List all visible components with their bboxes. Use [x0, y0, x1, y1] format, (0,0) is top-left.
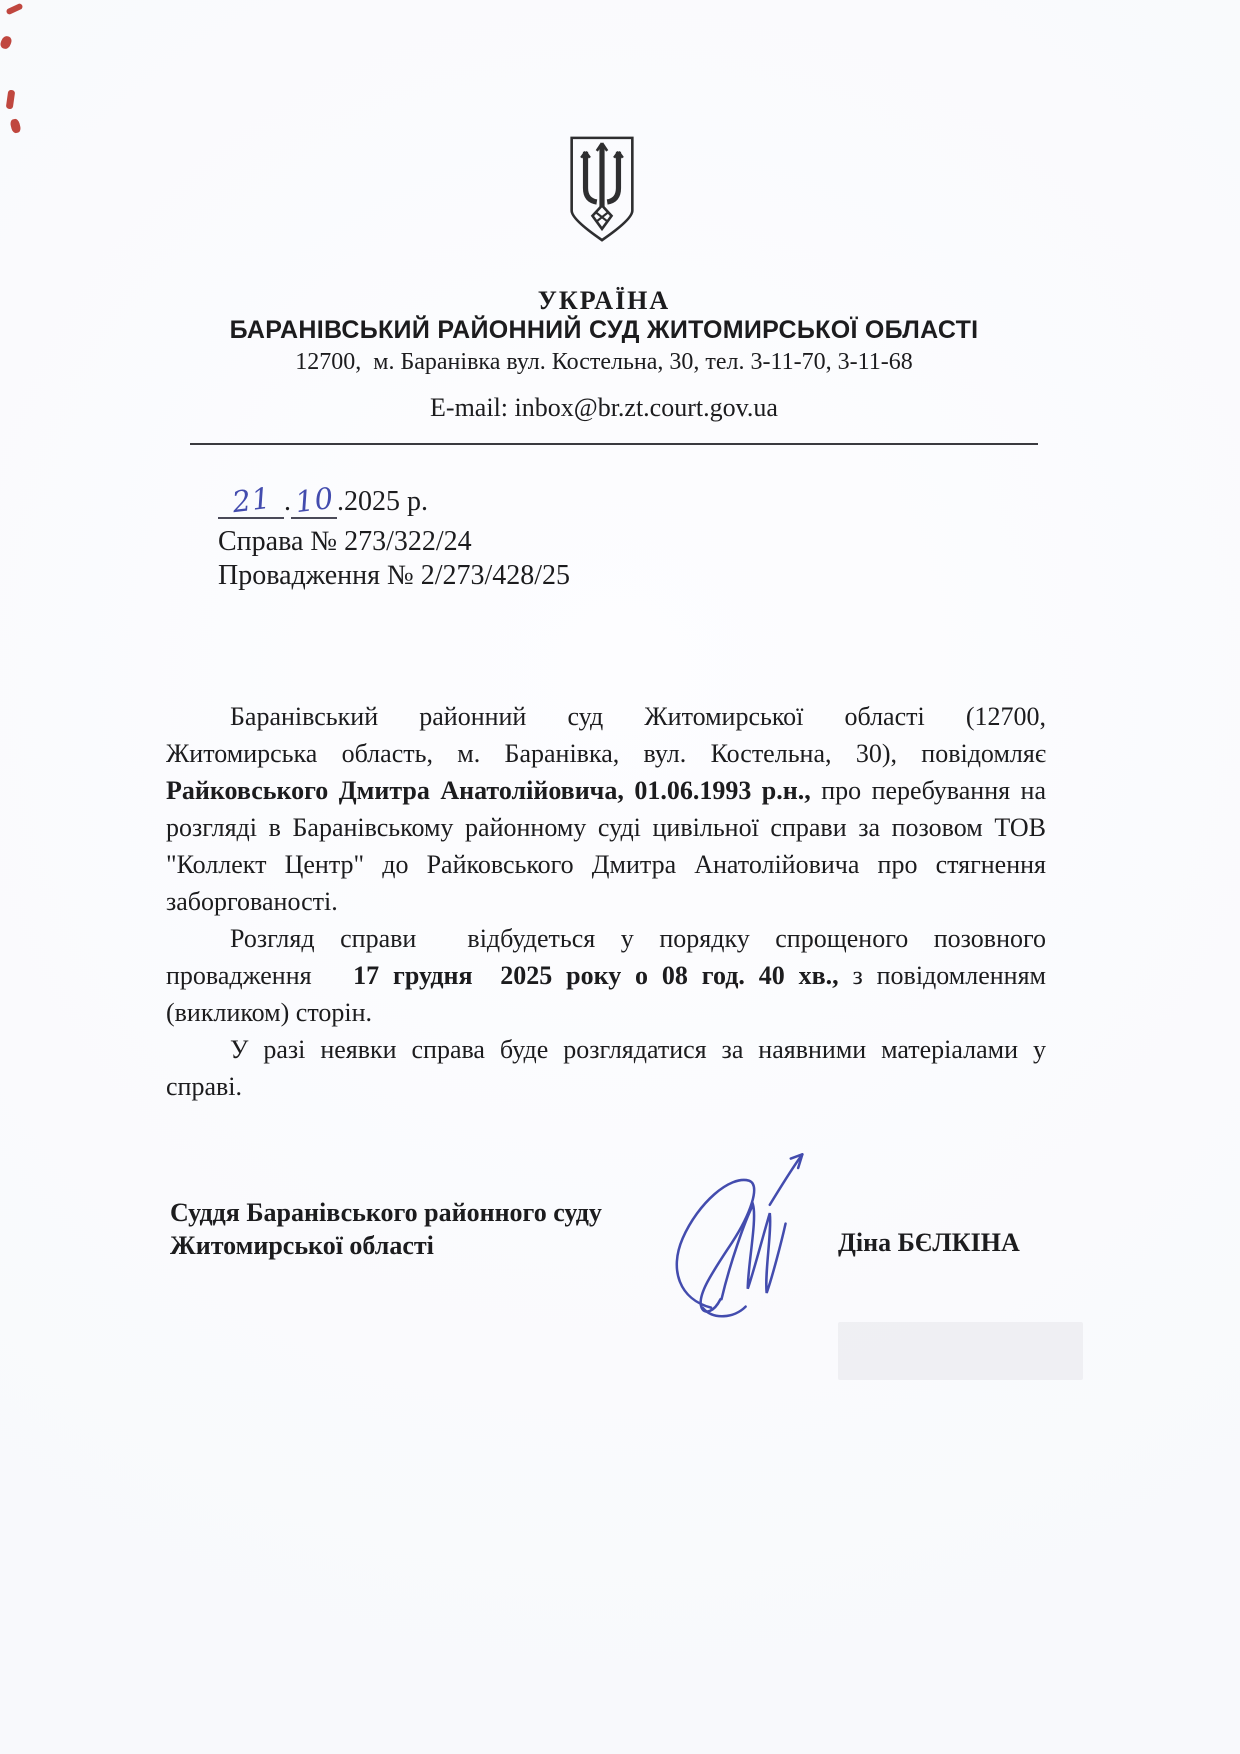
court-email: E-mail: inbox@br.zt.court.gov.ua: [160, 393, 1048, 423]
judge-name: Діна БЄЛКІНА: [838, 1228, 1020, 1258]
scan-shadow: [838, 1322, 1083, 1380]
reference-block: 21.10.2025 р. Справа № 273/322/24 Провад…: [218, 483, 570, 593]
proceeding-number: Провадження № 2/273/428/25: [218, 559, 570, 593]
date-month-slot: 10: [291, 483, 337, 519]
body-line: Райковського Дмитра Анатолійовича, 01.06…: [166, 772, 1046, 809]
body-line: провадження 17 грудня 2025 року о 08 год…: [166, 957, 1046, 994]
court-address: 12700, м. Баранівка вул. Костельна, 30, …: [160, 349, 1048, 376]
scan-mark-red: [0, 35, 13, 50]
body-line: "Коллект Центр" до Райковського Дмитра А…: [166, 846, 1046, 883]
judge-title-line2: Житомирської області: [170, 1229, 602, 1262]
body-line: заборгованості.: [166, 883, 1046, 920]
judge-title: Суддя Баранівського районного суду Житом…: [170, 1196, 602, 1262]
country-name: УКРАЇНА: [160, 286, 1048, 316]
date-day-slot: 21: [218, 483, 284, 519]
case-number: Справа № 273/322/24: [218, 525, 570, 559]
letter-body: Баранівський районний суд Житомирської о…: [166, 698, 1046, 1105]
scan-mark-red: [6, 3, 24, 16]
ukraine-coat-of-arms-icon: [563, 126, 641, 252]
judge-signature-icon: [648, 1140, 816, 1322]
scanned-court-letter: УКРАЇНА БАРАНІВСЬКИЙ РАЙОННИЙ СУД ЖИТОМИ…: [0, 0, 1240, 1754]
body-line: Житомирська область, м. Баранівка, вул. …: [166, 735, 1046, 772]
scan-mark-red: [6, 90, 16, 110]
scan-mark-red: [9, 118, 21, 134]
body-line: Баранівський районний суд Житомирської о…: [166, 698, 1046, 735]
handwritten-month: 10: [293, 485, 335, 516]
body-line: розгляді в Баранівському районному суді …: [166, 809, 1046, 846]
document-date: 21.10.2025 р.: [218, 483, 570, 519]
court-name: БАРАНІВСЬКИЙ РАЙОННИЙ СУД ЖИТОМИРСЬКОЇ О…: [160, 316, 1048, 345]
header-divider: [190, 443, 1038, 445]
date-separator: .: [284, 486, 291, 517]
body-line: У разі неявки справа буде розглядатися з…: [166, 1031, 1046, 1068]
judge-title-line1: Суддя Баранівського районного суду: [170, 1196, 602, 1229]
body-line: справі.: [166, 1068, 1046, 1105]
handwritten-day: 21: [230, 485, 272, 516]
date-year: .2025 р.: [337, 486, 428, 517]
body-line: Розгляд справи відбудеться у порядку спр…: [166, 920, 1046, 957]
body-line: (викликом) сторін.: [166, 994, 1046, 1031]
